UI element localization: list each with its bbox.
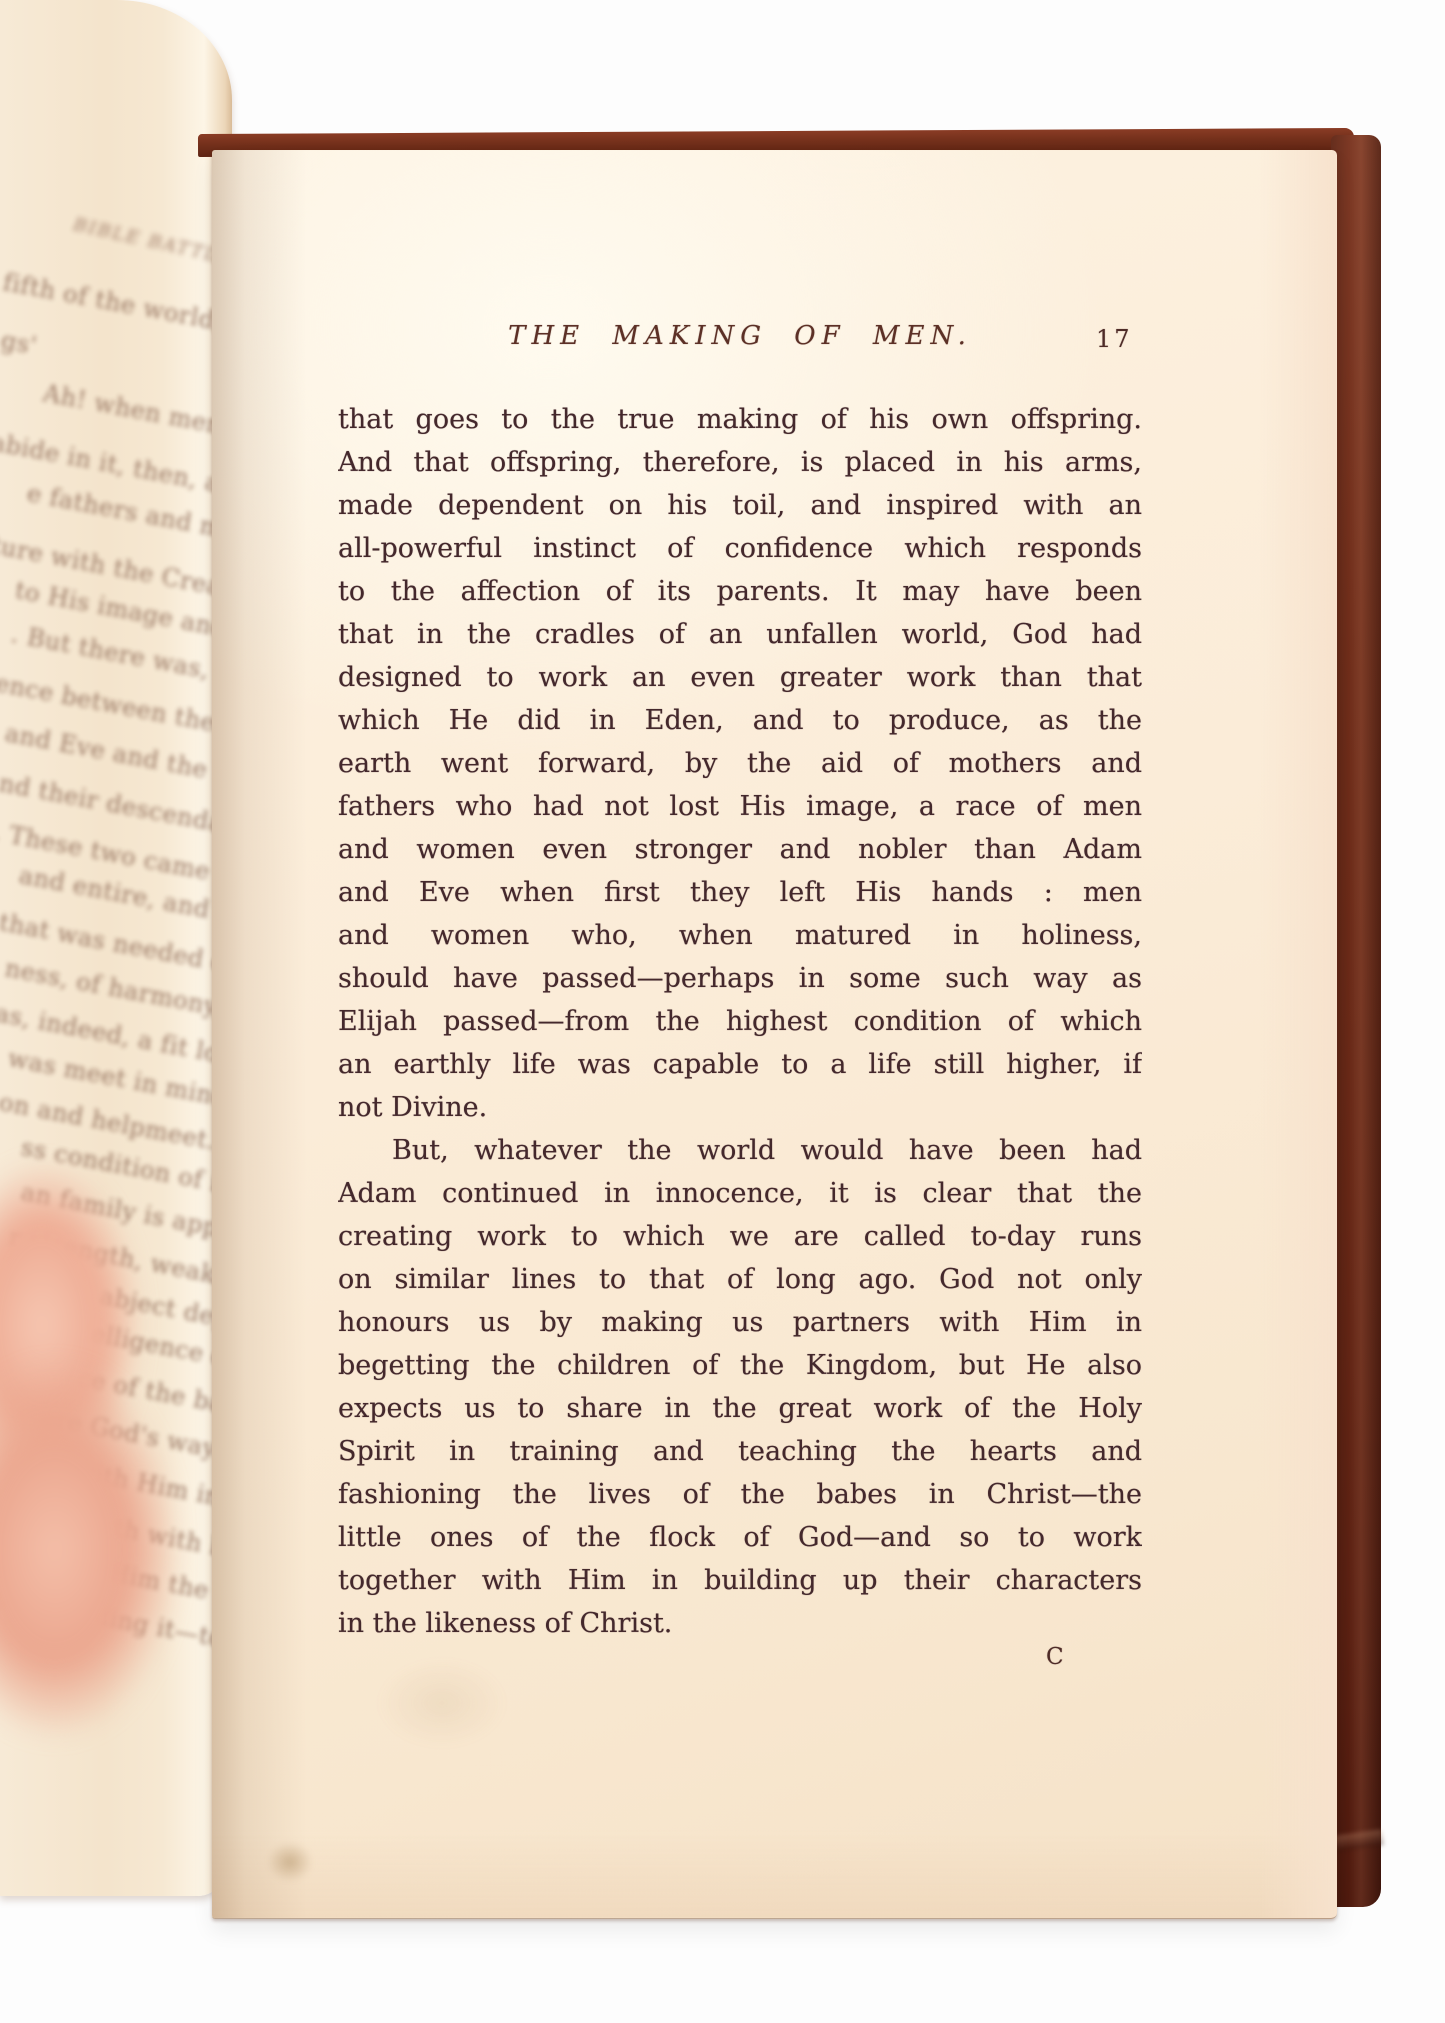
body-text-line: begetting the children of the Kingdom, b…: [338, 1344, 1142, 1387]
left-page-text-line: BIBLE BATTLE-AXES: [71, 214, 232, 284]
body-text-line: Elijah passed—from the highest condition…: [338, 1000, 1142, 1043]
body-text-line: which He did in Eden, and to produce, as…: [338, 699, 1142, 742]
body-text-line: Spirit in training and teaching the hear…: [338, 1430, 1142, 1473]
body-text-line: creating work to which we are called to-…: [338, 1215, 1142, 1258]
left-page-text-line: gs': [0, 326, 39, 360]
body-text-line: honours us by making us partners with Hi…: [338, 1301, 1142, 1344]
paper-smudge: [377, 1658, 507, 1748]
body-text-line: But, whatever the world would have been …: [338, 1129, 1142, 1172]
body-text-line: designed to work an even greater work th…: [338, 656, 1142, 699]
body-text-line: not Divine.: [338, 1086, 1142, 1129]
gutter-shadow: [212, 150, 307, 1918]
body-text-line: and Eve when first they left His hands :…: [338, 871, 1142, 914]
book-photo: BIBLE BATTLE-AXESfifth of the world, and…: [0, 0, 1445, 2023]
paper-stain: [267, 1842, 313, 1882]
signature-mark: C: [1046, 1644, 1064, 1670]
body-text-line: and women even stronger and nobler than …: [338, 828, 1142, 871]
body-text-line: made dependent on his toil, and inspired…: [338, 484, 1142, 527]
body-text-line: that goes to the true making of his own …: [338, 398, 1142, 441]
body-text-line: Adam continued in innocence, it is clear…: [338, 1172, 1142, 1215]
body-text-line: should have passed—perhaps in some such …: [338, 957, 1142, 1000]
body-text-line: And that offspring, therefore, is placed…: [338, 441, 1142, 484]
body-text: that goes to the true making of his own …: [338, 398, 1142, 1645]
body-text-line: earth went forward, by the aid of mother…: [338, 742, 1142, 785]
book-cover-right-edge: [1331, 135, 1381, 1907]
book-page: THE MAKING OF MEN. 17 that goes to the t…: [212, 150, 1337, 1919]
body-text-line: fathers who had not lost His image, a ra…: [338, 785, 1142, 828]
body-text-line: on similar lines to that of long ago. Go…: [338, 1258, 1142, 1301]
running-header: THE MAKING OF MEN.: [338, 321, 1142, 351]
body-text-line: to the affection of its parents. It may …: [338, 570, 1142, 613]
body-text-line: little ones of the flock of God—and so t…: [338, 1516, 1142, 1559]
body-text-line: fashioning the lives of the babes in Chr…: [338, 1473, 1142, 1516]
body-text-line: in the likeness of Christ.: [338, 1602, 1142, 1645]
body-text-line: that in the cradles of an unfallen world…: [338, 613, 1142, 656]
body-text-line: an earthly life was capable to a life st…: [338, 1043, 1142, 1086]
body-text-line: and women who, when matured in holiness,: [338, 914, 1142, 957]
body-text-line: together with Him in building up their c…: [338, 1559, 1142, 1602]
body-text-line: expects us to share in the great work of…: [338, 1387, 1142, 1430]
page-number: 17: [1096, 325, 1166, 353]
body-text-line: all-powerful instinct of confidence whic…: [338, 527, 1142, 570]
